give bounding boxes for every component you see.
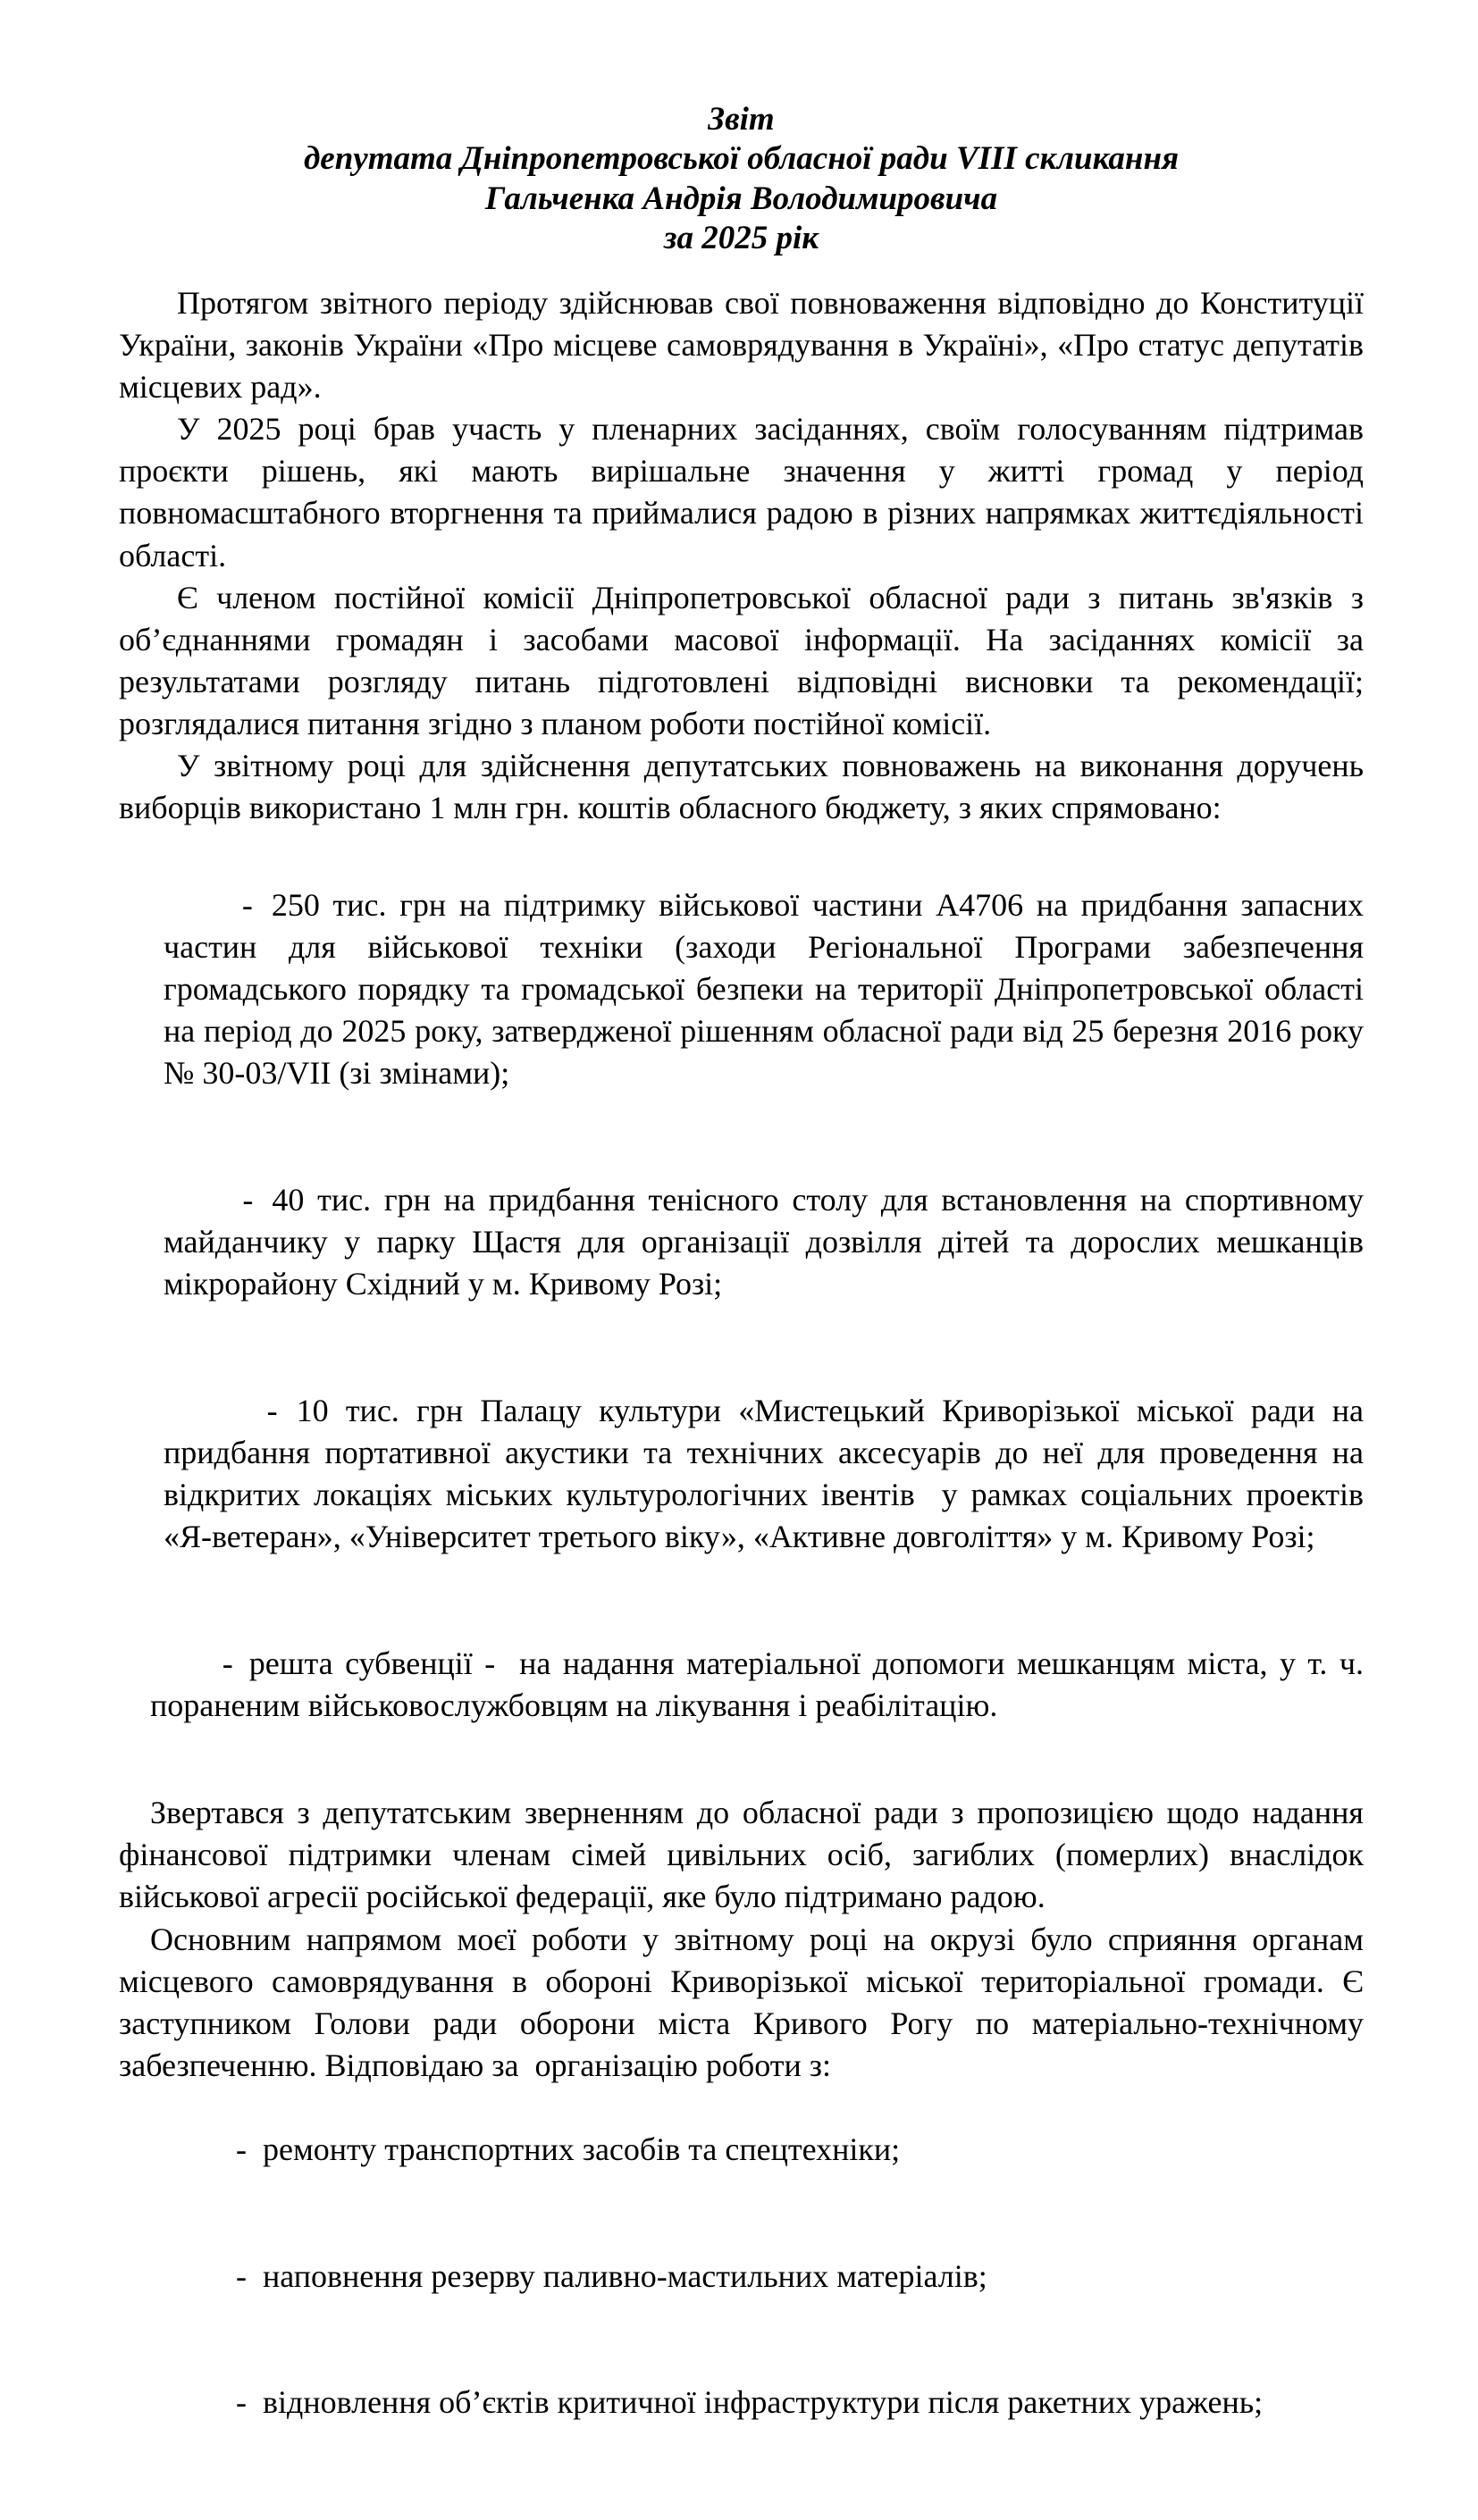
dash-marker: - xyxy=(236,2129,263,2171)
allocation-item-text: решта субвенції - на надання матеріально… xyxy=(150,1645,1372,1723)
duty-item-text: ремонту транспортних засобів та спецтехн… xyxy=(263,2131,900,2167)
duty-item-vehicle-repair: -ремонту транспортних засобів та спецтех… xyxy=(119,2087,1364,2213)
allocation-list: -250 тис. грн на підтримку військової ча… xyxy=(119,842,1364,1769)
title-line-name: Гальченка Андрія Володимировича xyxy=(119,180,1364,219)
dash-marker: - xyxy=(236,2382,263,2424)
report-page: Звіт депутата Дніпропетровської обласної… xyxy=(0,0,1478,2520)
dash-marker: - xyxy=(267,1390,297,1432)
duty-item-infrastructure-restoration: -відновлення об’єктів критичної інфрастр… xyxy=(119,2340,1364,2466)
dash-marker: - xyxy=(223,1643,249,1685)
allocation-item-text: 10 тис. грн Палацу культури «Мистецький … xyxy=(164,1393,1372,1554)
dash-marker: - xyxy=(242,884,272,926)
document-title: Звіт депутата Дніпропетровської обласної… xyxy=(119,100,1364,259)
title-line-year: за 2025 рік xyxy=(119,219,1364,258)
dash-marker: - xyxy=(242,1179,272,1221)
allocation-item-subvention-rest: -решта субвенції - на надання матеріальн… xyxy=(119,1600,1364,1769)
paragraph-plenary-sessions: У 2025 році брав участь у пленарних засі… xyxy=(119,408,1364,577)
paragraph-appeal: Звертався з депутатським зверненням до о… xyxy=(119,1792,1364,1918)
duty-item-text: наповнення резерву паливно-мастильних ма… xyxy=(263,2258,987,2294)
allocation-item-military-unit: -250 тис. грн на підтримку військової ча… xyxy=(119,842,1364,1137)
allocation-item-text: 250 тис. грн на підтримку військової час… xyxy=(164,887,1372,1092)
duty-list: -ремонту транспортних засобів та спецтех… xyxy=(119,2087,1364,2466)
allocation-item-text: 40 тис. грн на придбання тенісного столу… xyxy=(164,1182,1372,1302)
paragraph-budget-funds: У звітному році для здійснення депутатсь… xyxy=(119,745,1364,829)
allocation-item-tennis-table: -40 тис. грн на придбання тенісного стол… xyxy=(119,1137,1364,1348)
allocation-item-culture-palace: -10 тис. грн Палацу культури «Мистецький… xyxy=(119,1347,1364,1600)
duty-item-text: відновлення об’єктів критичної інфрастру… xyxy=(263,2384,1263,2420)
dash-marker: - xyxy=(236,2256,263,2298)
title-line-deputy: депутата Дніпропетровської обласної ради… xyxy=(119,139,1364,179)
paragraph-mandate: Протягом звітного періоду здійснював сво… xyxy=(119,282,1364,408)
duty-item-fuel-reserve: -наповнення резерву паливно-мастильних м… xyxy=(119,2214,1364,2340)
paragraph-defense-work: Основним напрямом моєї роботи у звітному… xyxy=(119,1919,1364,2088)
paragraph-commission-membership: Є членом постійної комісії Дніпропетровс… xyxy=(119,577,1364,746)
title-line-report: Звіт xyxy=(119,100,1364,139)
